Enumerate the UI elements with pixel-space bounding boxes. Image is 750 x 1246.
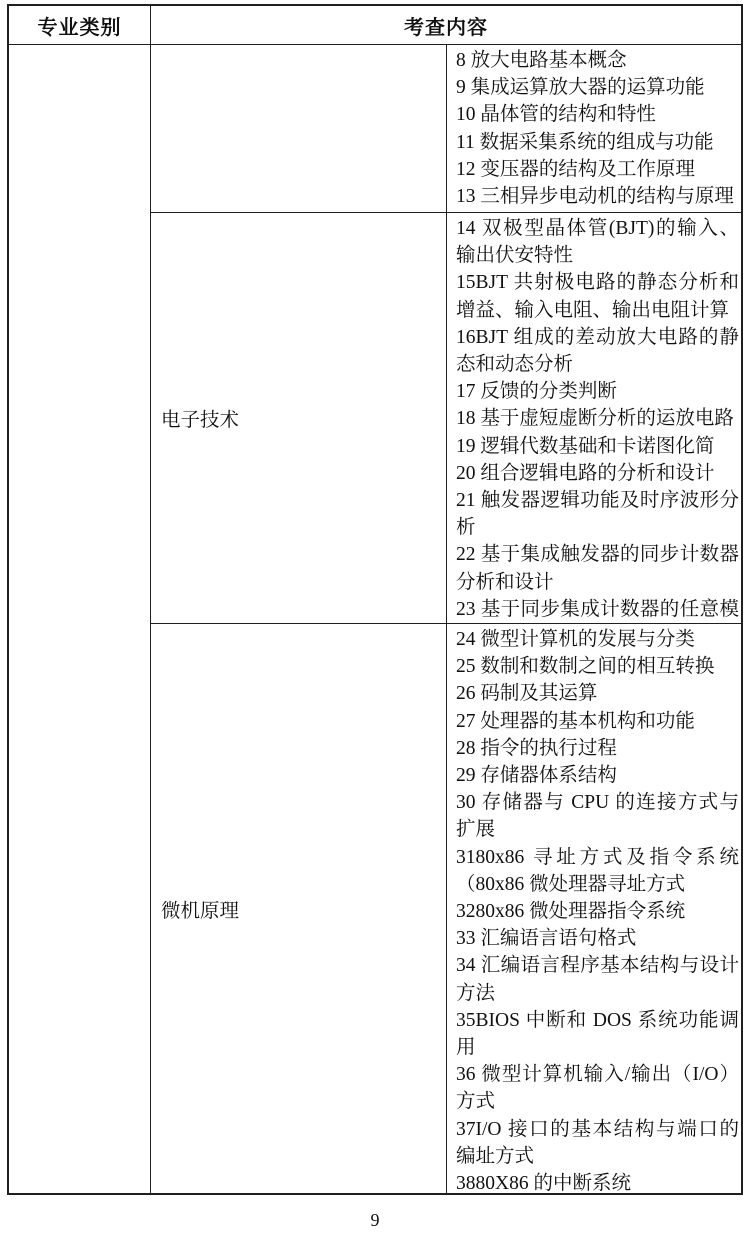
content-item: 34 汇编语言程序基本结构与设计方法	[456, 952, 739, 1006]
page-number: 9	[0, 1210, 750, 1231]
exam-content-table: 专业类别 考查内容 8 放大电路基本概念9 集成运算放大器的运算功能10 晶体管…	[7, 4, 743, 1195]
content-item: 33 汇编语言语句格式	[456, 925, 739, 952]
content-item: 37I/O 接口的基本结构与端口的编址方式	[456, 1116, 739, 1170]
content-item: 27 处理器的基本机构和功能	[456, 708, 739, 735]
content-item: 19 逻辑代数基础和卡诺图化简	[456, 433, 739, 460]
content-item: 26 码制及其运算	[456, 680, 739, 707]
content-item: 35BIOS 中断和 DOS 系统功能调用	[456, 1007, 739, 1061]
content-cell-row3: 24 微型计算机的发展与分类25 数制和数制之间的相互转换26 码制及其运算27…	[447, 624, 741, 1193]
content-item: 24 微型计算机的发展与分类	[456, 626, 739, 653]
content-item: 21 触发器逻辑功能及时序波形分析	[456, 487, 739, 541]
content-item: 13 三相异步电动机的结构与原理	[456, 183, 739, 210]
content-item: 9 集成运算放大器的运算功能	[456, 74, 739, 101]
content-item: 10 晶体管的结构和特性	[456, 101, 739, 128]
content-item: 30 存储器与 CPU 的连接方式与扩展	[456, 789, 739, 843]
subject-cell-electronics: 电子技术	[151, 213, 447, 624]
content-item: 36 微型计算机输入/输出（I/O）方式	[456, 1061, 739, 1115]
content-item: 18 基于虚短虚断分析的运放电路	[456, 405, 739, 432]
content-item: 20 组合逻辑电路的分析和设计	[456, 460, 739, 487]
subject-cell-row1	[151, 45, 447, 213]
content-item: 15BJT 共射极电路的静态分析和增益、输入电阻、输出电阻计算	[456, 269, 739, 323]
category-column-cell	[9, 45, 151, 1193]
content-cell-row2: 14 双极型晶体管(BJT)的输入、输出伏安特性15BJT 共射极电路的静态分析…	[447, 213, 741, 624]
content-item: 25 数制和数制之间的相互转换	[456, 653, 739, 680]
content-cell-row1: 8 放大电路基本概念9 集成运算放大器的运算功能10 晶体管的结构和特性11 数…	[447, 45, 741, 213]
content-item: 23 基于同步集成计数器的任意模值计数器分析和设计	[456, 596, 739, 624]
header-cell-category: 专业类别	[9, 6, 151, 45]
content-item: 11 数据采集系统的组成与功能	[456, 129, 739, 156]
content-item: 29 存储器体系结构	[456, 762, 739, 789]
content-item: 16BJT 组成的差动放大电路的静态和动态分析	[456, 324, 739, 378]
content-item: 3880X86 的中断系统	[456, 1170, 739, 1193]
document-page: 专业类别 考查内容 8 放大电路基本概念9 集成运算放大器的运算功能10 晶体管…	[0, 0, 750, 1246]
content-item: 3280x86 微处理器指令系统	[456, 898, 739, 925]
header-cell-content: 考查内容	[151, 6, 741, 45]
content-item: 22 基于集成触发器的同步计数器分析和设计	[456, 541, 739, 595]
content-item: 3180x86 寻址方式及指令系统（80x86 微处理器寻址方式	[456, 844, 739, 898]
content-item: 17 反馈的分类判断	[456, 378, 739, 405]
content-item: 12 变压器的结构及工作原理	[456, 156, 739, 183]
content-item: 14 双极型晶体管(BJT)的输入、输出伏安特性	[456, 215, 739, 269]
subject-cell-microcomputer: 微机原理	[151, 624, 447, 1193]
content-item: 8 放大电路基本概念	[456, 47, 739, 74]
content-item: 28 指令的执行过程	[456, 735, 739, 762]
